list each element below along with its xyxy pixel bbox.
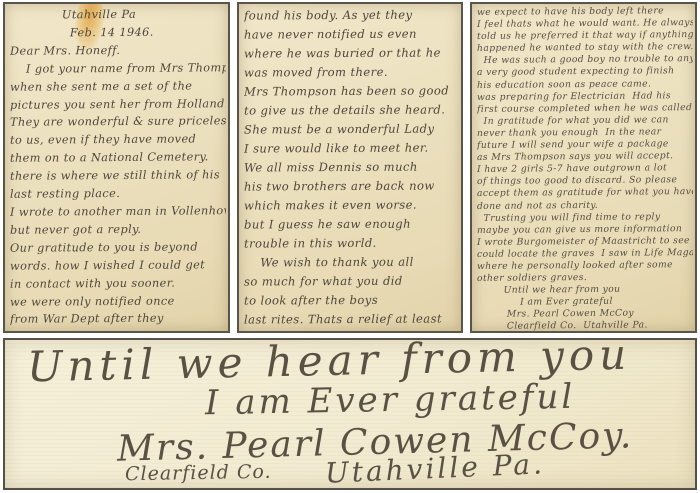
letter-line: but never got a reply.: [10, 220, 226, 239]
letter-page-1: Utahville Pa Feb. 14 1946.Dear Mrs. Hone…: [3, 2, 230, 333]
letter-line: Clearfield Co. Utahville Pa.: [477, 319, 693, 333]
signature-county: Clearfield Co.: [125, 461, 272, 486]
letter-line: to give us the details she heard.: [244, 100, 460, 120]
letter-line: from War Dept after they: [10, 310, 226, 329]
signature-detail-panel: Until we hear from you I am Ever gratefu…: [3, 338, 697, 490]
letter-line: I wrote to another man in Vollenhove: [10, 202, 226, 221]
letter-line: which makes it even worse.: [244, 195, 460, 215]
letter-line: found his body. As yet they: [244, 5, 460, 25]
letter-line: have never notified us even: [244, 24, 460, 44]
letter-line: Utahville Pa: [10, 5, 226, 24]
letter-line: Mrs Thompson has been so good: [244, 81, 460, 101]
letter-line: we were only notified once: [10, 292, 226, 311]
letter-line: when she sent me a set of the: [10, 77, 226, 96]
letter-line: I sure would like to meet her.: [244, 138, 460, 158]
page-3-text: we expect to have his body left thereI f…: [477, 6, 693, 331]
letter-line: so much for what you did: [244, 271, 460, 291]
letter-line: words. how I wished I could get: [10, 256, 226, 275]
letter-page-2: found his body. As yet theyhave never no…: [237, 2, 464, 333]
letter-line: his two brothers are back now: [244, 176, 460, 196]
letter-page-3: we expect to have his body left thereI f…: [470, 2, 697, 333]
letter-line: pictures you sent her from Holland.: [10, 95, 226, 114]
letter-line: them on to a National Cemetery.: [10, 148, 226, 167]
letter-line: in contact with you sooner.: [10, 274, 226, 293]
letter-line: last rites. Thats a relief at least: [244, 309, 460, 329]
page-2-text: found his body. As yet theyhave never no…: [244, 6, 460, 331]
letter-line: She must be a wonderful Lady: [244, 119, 460, 139]
letter-line: We wish to thank you all: [244, 252, 460, 272]
gratitude-line: I am Ever grateful: [205, 377, 576, 423]
letter-line: We all miss Dennis so much: [244, 157, 460, 177]
letter-line: last resting place.: [10, 184, 226, 203]
letter-line: They are wonderful & sure priceless: [10, 113, 226, 132]
letter-line: there is where we still think of his: [10, 166, 226, 185]
letter-line: trouble in this world.: [244, 233, 460, 253]
page-1-text: Utahville Pa Feb. 14 1946.Dear Mrs. Hone…: [10, 6, 226, 331]
letter-line: but I guess he saw enough: [244, 214, 460, 234]
letter-line: I got your name from Mrs Thompson: [10, 59, 226, 78]
letter-line: to look after the boys: [244, 290, 460, 310]
letter-line: Dear Mrs. Honeff.: [10, 41, 226, 60]
letter-line: was moved from there.: [244, 62, 460, 82]
letter-line: Feb. 14 1946.: [10, 23, 226, 42]
letter-line: where he was buried or that he: [244, 43, 460, 63]
letter-scan-strip: Utahville Pa Feb. 14 1946.Dear Mrs. Hone…: [3, 2, 697, 333]
letter-line: to us, even if they have moved: [10, 131, 226, 150]
letter-line: Our gratitude to you is beyond: [10, 238, 226, 257]
